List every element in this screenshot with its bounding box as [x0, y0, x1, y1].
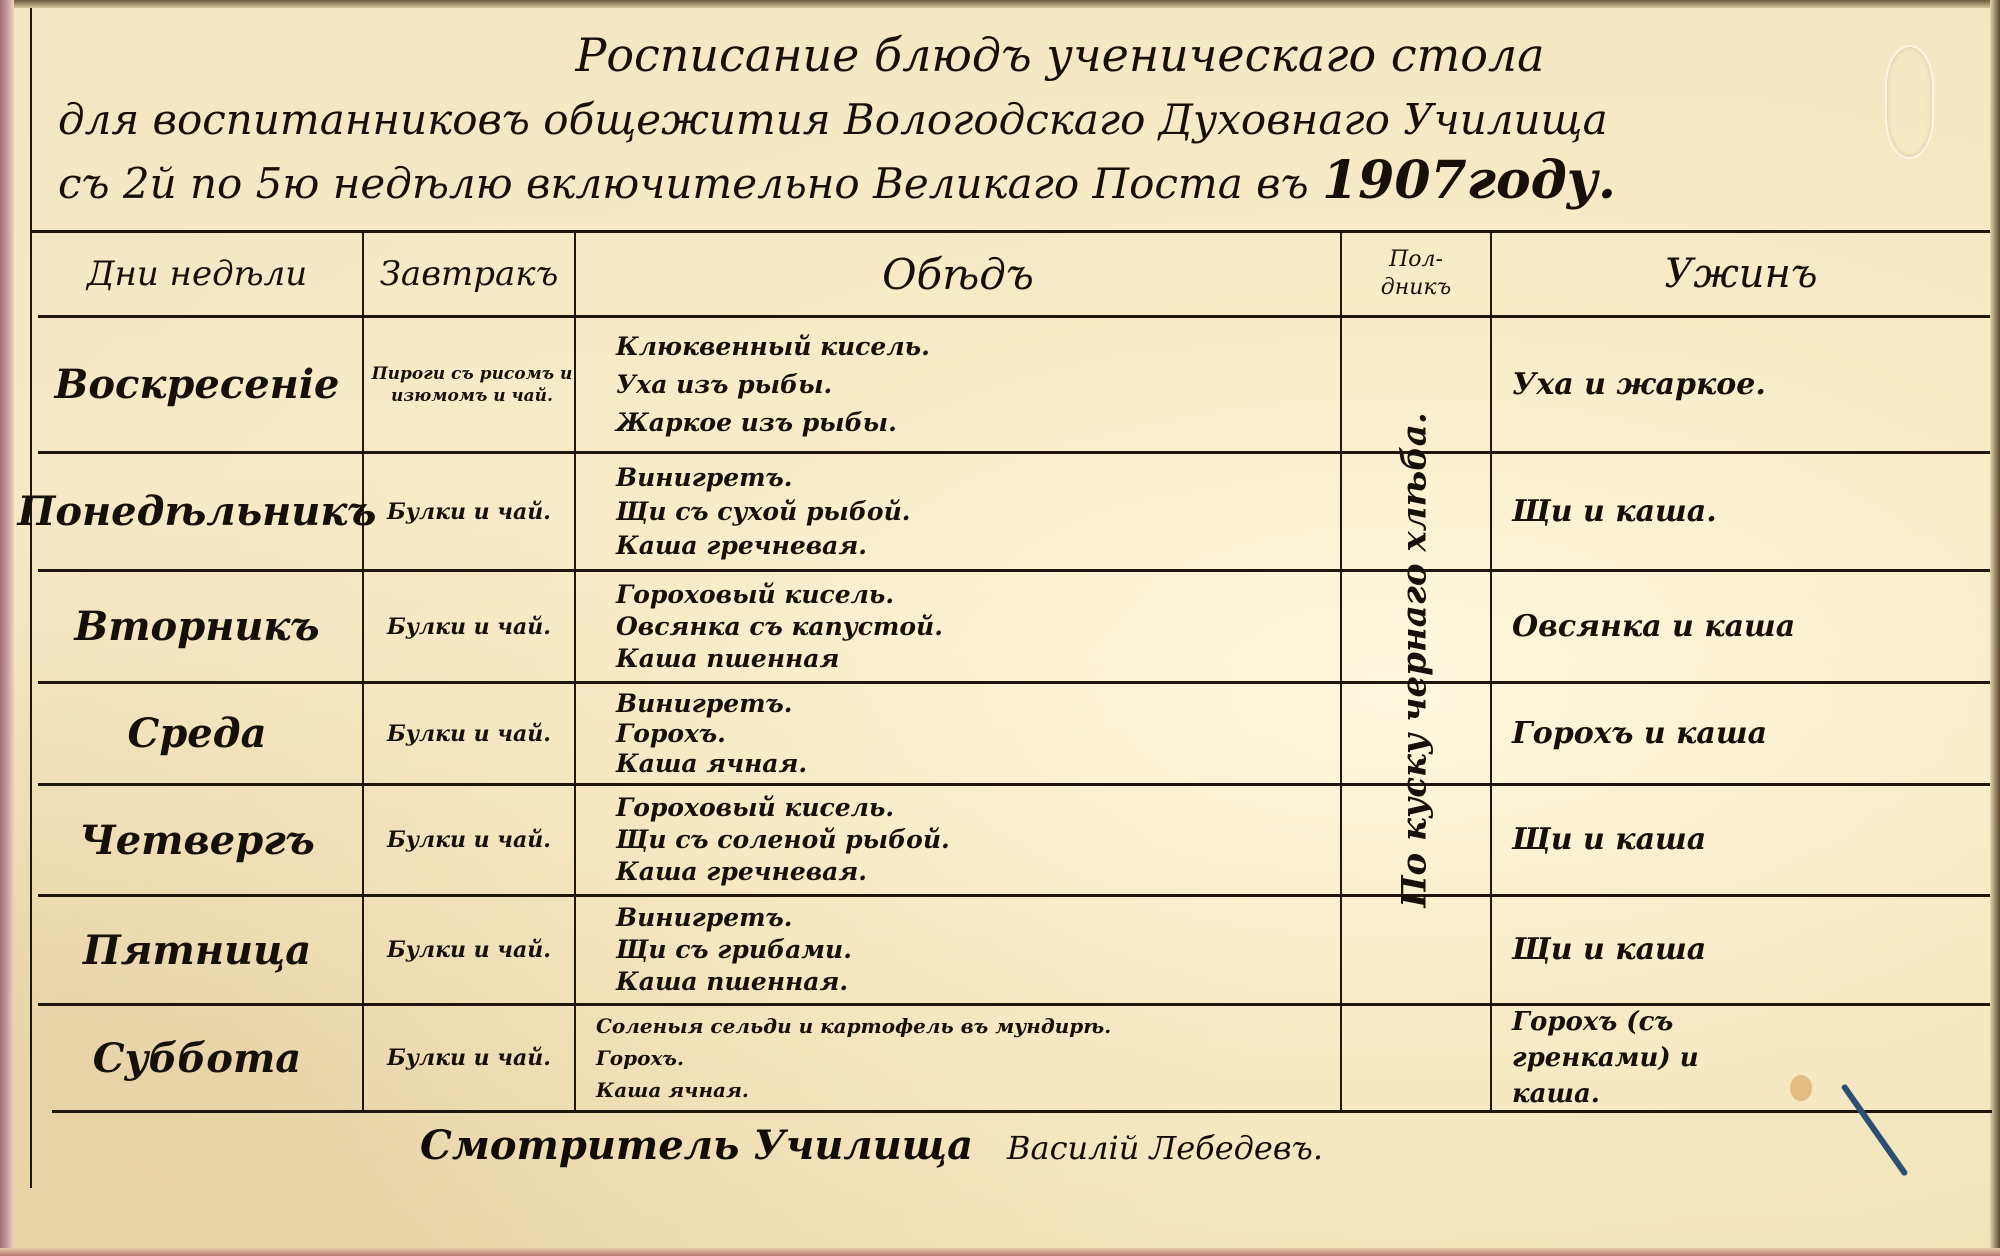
dish: Овсянка съ капустой.: [616, 611, 943, 643]
supper-monday: Щи и каша.: [1492, 454, 1990, 569]
day-saturday: Суббота: [32, 1006, 362, 1110]
dish: Каша пшенная.: [616, 966, 848, 998]
dish: Каша пшенная: [616, 643, 839, 675]
dish: Каша гречневая.: [616, 856, 867, 888]
breakfast-saturday: Булки и чай.: [364, 1006, 574, 1110]
dish: Щи съ сухой рыбой.: [616, 495, 910, 529]
header-supper: Ужинъ: [1492, 233, 1990, 315]
supper-sunday: Уха и жаркое.: [1492, 318, 1990, 451]
breakfast-sunday: Пироги съ рисомъ и изюмомъ и чай.: [364, 318, 574, 451]
dish: Уха изъ рыбы.: [616, 366, 832, 404]
year: 1907: [1322, 150, 1467, 211]
dish: Гороховый кисель.: [616, 792, 894, 824]
paper-stain: [1790, 1075, 1812, 1101]
dish: Каша ячная.: [596, 1074, 749, 1106]
dish: Каша гречневая.: [616, 529, 867, 563]
breakfast-thursday: Булки и чай.: [364, 786, 574, 894]
breakfast-wednesday: Булки и чай.: [364, 684, 574, 783]
snack-all-days: По куску чернаго хлѣба.: [1395, 412, 1435, 907]
day-wednesday: Среда: [32, 684, 362, 783]
header-snack-line1: Пол-: [1389, 246, 1443, 274]
dish: Винигретъ.: [616, 689, 793, 719]
dish: Жаркое изъ рыбы.: [616, 404, 897, 442]
dinner-sunday: Клюквенный кисель. Уха изъ рыбы. Жаркое …: [576, 318, 1340, 451]
page-edge-top: [0, 0, 2000, 8]
dish: Гороховый кисель.: [616, 579, 894, 611]
breakfast-tuesday: Булки и чай.: [364, 572, 574, 681]
dish: Винигретъ.: [616, 902, 793, 934]
supper-friday: Щи и каша: [1492, 897, 1990, 1003]
day-monday: Понедѣльникъ: [32, 454, 362, 569]
dinner-tuesday: Гороховый кисель. Овсянка съ капустой. К…: [576, 572, 1340, 681]
snack-column-text: По куску чернаго хлѣба.: [1340, 316, 1490, 1004]
dish: Горохъ.: [616, 719, 726, 749]
document-subtitle: для воспитанниковъ общежития Вологодскаг…: [58, 95, 1958, 144]
day-friday: Пятница: [32, 897, 362, 1003]
dish: Щи съ грибами.: [616, 934, 852, 966]
signature-role: Смотритель Училища: [420, 1122, 973, 1169]
year-suffix: году.: [1467, 150, 1616, 211]
day-sunday: Воскресеніе: [32, 318, 362, 451]
header-days: Дни недѣли: [32, 233, 362, 315]
breakfast-monday: Булки и чай.: [364, 454, 574, 569]
supper-thursday: Щи и каша: [1492, 786, 1990, 894]
supper-wednesday: Горохъ и каша: [1492, 684, 1990, 783]
blue-pencil-mark: [1841, 1083, 1909, 1177]
dish: Горохъ.: [596, 1042, 684, 1074]
dish: Каша ячная.: [616, 749, 807, 779]
page-edge-left: [0, 0, 14, 1256]
day-tuesday: Вторникъ: [32, 572, 362, 681]
signature: Смотритель Училища Василій Лебедевъ.: [420, 1122, 1620, 1169]
date-range-text: съ 2й по 5ю недѣлю включительно Великаго…: [58, 159, 1309, 208]
dinner-monday: Винигретъ. Щи съ сухой рыбой. Каша гречн…: [576, 454, 1340, 569]
document-page: Росписание блюдъ ученическаго стола для …: [0, 0, 2000, 1256]
dinner-friday: Винигретъ. Щи съ грибами. Каша пшенная.: [576, 897, 1340, 1003]
header-breakfast: Завтракъ: [364, 233, 574, 315]
day-thursday: Четвергъ: [32, 786, 362, 894]
header-snack-line2: дникъ: [1381, 274, 1451, 302]
breakfast-friday: Булки и чай.: [364, 897, 574, 1003]
document-subtitle-dates: съ 2й по 5ю недѣлю включительно Великаго…: [58, 150, 1958, 211]
dinner-wednesday: Винигретъ. Горохъ. Каша ячная.: [576, 684, 1340, 783]
supper-tuesday: Овсянка и каша: [1492, 572, 1990, 681]
dish: Соленыя сельди и картофель въ мундирѣ.: [596, 1010, 1111, 1042]
header-dinner: Обѣдъ: [576, 233, 1340, 315]
dish: Винигретъ.: [616, 461, 793, 495]
page-edge-bottom: [0, 1248, 2000, 1256]
page-edge-right: [1990, 0, 2000, 1256]
dinner-saturday: Соленыя сельди и картофель въ мундирѣ. Г…: [576, 1006, 1340, 1110]
header-snack: Пол- дникъ: [1342, 233, 1490, 315]
dish: Клюквенный кисель.: [616, 328, 930, 366]
signature-name: Василій Лебедевъ.: [1007, 1129, 1323, 1167]
dish: Щи съ соленой рыбой.: [616, 824, 950, 856]
document-title: Росписание блюдъ ученическаго стола: [560, 28, 1560, 82]
dinner-thursday: Гороховый кисель. Щи съ соленой рыбой. К…: [576, 786, 1340, 894]
supper-saturday: Горохъ (съ гренками) и каша.: [1492, 1006, 1792, 1110]
